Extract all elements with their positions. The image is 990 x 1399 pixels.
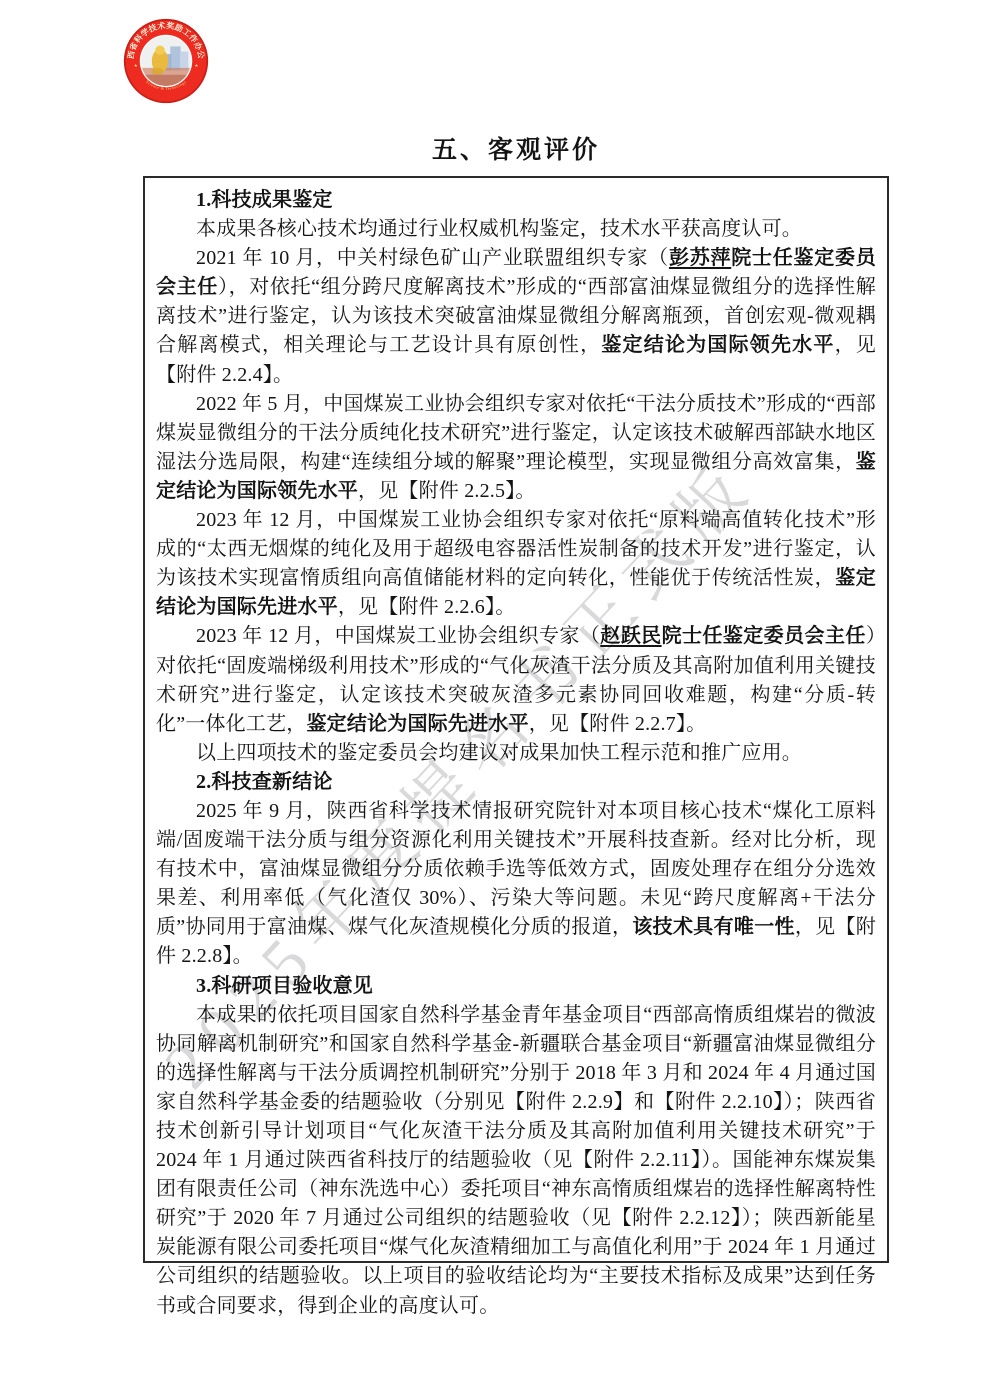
text-run: 本成果各核心技术均通过行业权威机构鉴定，技术水平获高度认可。 [196, 218, 802, 240]
paragraph: 2023 年 12 月，中国煤炭工业协会组织专家（赵跃民院士任鉴定委员会主任）对… [156, 622, 876, 738]
page-title: 五、客观评价 [143, 130, 889, 166]
text-run: 鉴定结论为国际先进水平 [306, 713, 528, 735]
paragraph: 2023 年 12 月，中国煤炭工业协会组织专家对依托“原料端高值转化技术”形成… [156, 506, 876, 622]
evaluation-text-box: 1.科技成果鉴定本成果各核心技术均通过行业权威机构鉴定，技术水平获高度认可。20… [143, 176, 889, 1263]
paragraph: 本成果各核心技术均通过行业权威机构鉴定，技术水平获高度认可。 [156, 215, 876, 244]
text-run: ，见【附件 2.2.5】。 [358, 480, 536, 502]
seal-star-left-icon: ★ [134, 63, 138, 68]
document-body: 1.科技成果鉴定本成果各核心技术均通过行业权威机构鉴定，技术水平获高度认可。20… [156, 186, 876, 1321]
text-run: 以上四项技术的鉴定委员会均建议对成果加快工程示范和推广应用。 [196, 742, 802, 764]
text-run: ，见【附件 2.2.7】。 [529, 713, 707, 735]
text-run: 鉴定结论为国际领先水平 [601, 334, 834, 356]
text-run: 2022 年 5 月，中国煤炭工业协会组织专家对依托“干法分质技术”形成的“西部… [156, 393, 876, 473]
text-run: 2023 年 12 月，中国煤炭工业协会组织专家对依托“原料端高值转化技术”形成… [156, 509, 876, 589]
paragraph: 2021 年 10 月，中关村绿色矿山产业联盟组织专家（彭苏萍院士任鉴定委员会主… [156, 244, 876, 389]
organization-seal-logo: 陕西省科学技术奖励工作办公室 Science & Technology ★ ★ [123, 18, 209, 104]
text-run: 2021 年 10 月，中关村绿色矿山产业联盟组织专家（ [196, 247, 669, 269]
seal-logo-icon: 陕西省科学技术奖励工作办公室 Science & Technology ★ ★ [123, 18, 209, 104]
paragraph: 以上四项技术的鉴定委员会均建议对成果加快工程示范和推广应用。 [156, 739, 876, 768]
text-run: 2023 年 12 月，中国煤炭工业协会组织专家（ [196, 625, 600, 647]
section-heading: 1.科技成果鉴定 [156, 186, 876, 215]
text-run: 彭苏萍 [669, 247, 731, 269]
text-run: 3.科研项目验收意见 [196, 975, 373, 997]
text-run: 2.科技查新结论 [196, 771, 333, 793]
paragraph: 本成果的依托项目国家自然科学基金青年基金项目“西部高惰质组煤岩的微波协同解离机制… [156, 1001, 876, 1321]
text-run: 本成果的依托项目国家自然科学基金青年基金项目“西部高惰质组煤岩的微波协同解离机制… [156, 1004, 876, 1317]
section-heading: 2.科技查新结论 [156, 768, 876, 797]
text-run: 赵跃民 [600, 625, 661, 647]
text-run: 1.科技成果鉴定 [196, 189, 333, 211]
paragraph: 2022 年 5 月，中国煤炭工业协会组织专家对依托“干法分质技术”形成的“西部… [156, 390, 876, 506]
seal-star-right-icon: ★ [194, 63, 198, 68]
text-run: 院士任鉴定委员会主任 [662, 625, 866, 647]
text-run: 该技术具有唯一性 [632, 916, 795, 938]
section-heading: 3.科研项目验收意见 [156, 972, 876, 1001]
paragraph: 2025 年 9 月，陕西省科学技术情报研究院针对本项目核心技术“煤化工原料端/… [156, 797, 876, 972]
text-run: ，见【附件 2.2.6】。 [338, 596, 516, 618]
